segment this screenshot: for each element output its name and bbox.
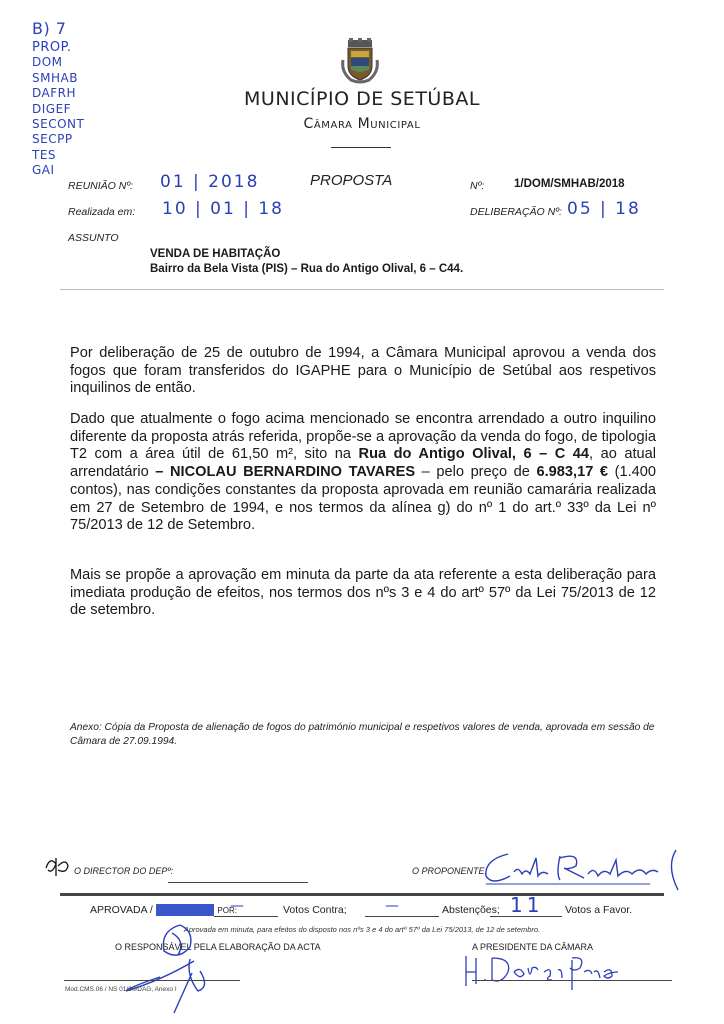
votes-for-value: 11 — [510, 893, 543, 917]
routing-entry: DOM — [32, 55, 84, 70]
sale-price: 6.983,17 € — [537, 464, 609, 480]
municipality-name: MUNICÍPIO DE SETÚBAL — [0, 88, 724, 110]
header-divider — [331, 147, 391, 148]
abstentions-label: Abstenções; — [442, 904, 500, 916]
meeting-value: 01 | 2018 — [160, 172, 259, 192]
votes-against-value: — — [230, 898, 244, 914]
document-type: PROPOSTA — [310, 172, 392, 189]
proponent-label: O PROPONENTE: — [412, 866, 487, 876]
routing-entry: PROP. — [32, 40, 84, 55]
meeting-label: REUNIÃO Nº: — [68, 180, 133, 192]
paragraph-3: Mais se propõe a aprovação em minuta da … — [70, 567, 656, 620]
minutes-officer-signature-icon — [120, 915, 230, 1015]
abstentions-value: — — [385, 898, 399, 914]
form-code: Mod.CMS.06 / NS 01/00/DAG, Anexo I — [65, 986, 177, 993]
president-signature-line — [472, 980, 672, 981]
proposal-number: 1/DOM/SMHAB/2018 — [514, 178, 625, 190]
director-signature-line — [168, 882, 308, 883]
held-on-value: 10 | 01 | 18 — [162, 199, 284, 219]
annex-note: Anexo: Cópia da Proposta de alienação de… — [70, 721, 670, 749]
p2-text-c: – pelo preço de — [415, 464, 536, 480]
routing-entry: TES — [32, 148, 84, 163]
tenant-name: – NICOLAU BERNARDINO TAVARES — [155, 464, 415, 480]
approval-divider — [60, 893, 664, 896]
subject-detail: Bairro da Bela Vista (PIS) – Rua do Anti… — [150, 263, 463, 275]
minute-approval-note: Aprovada em minuta, para efeitos do disp… — [0, 925, 724, 934]
deliberation-value: 05 | 18 — [567, 199, 641, 219]
subject-divider — [60, 289, 664, 290]
held-on-label: Realizada em: — [68, 206, 135, 218]
item-number: B) 7 — [32, 20, 84, 38]
routing-entry: GAI — [32, 163, 84, 178]
proponent-signature-icon — [480, 846, 690, 894]
votes-against-label: Votos Contra; — [283, 904, 347, 916]
abstentions-line — [365, 916, 439, 917]
routing-entry: SMHAB — [32, 71, 84, 86]
deliberation-label: DELIBERAÇÃO Nº: — [470, 206, 562, 218]
number-label: Nº: — [470, 180, 484, 192]
paragraph-1: Por deliberação de 25 de outubro de 1994… — [70, 345, 656, 398]
routing-entry: SECPP — [32, 132, 84, 147]
paragraph-2: Dado que atualmente o fogo acima mencion… — [70, 411, 656, 535]
votes-for-label: Votos a Favor. — [565, 904, 632, 916]
subject-title: VENDA DE HABITAÇÃO — [150, 248, 280, 260]
property-address: Rua do Antigo Olival, 6 – C 44 — [359, 446, 589, 462]
president-signature-icon — [462, 950, 622, 990]
subject-label: ASSUNTO — [68, 232, 119, 244]
coat-of-arms-icon — [339, 38, 381, 84]
minutes-officer-signature-line — [64, 980, 240, 981]
director-initials-signature-icon — [44, 854, 74, 880]
council-name: Câmara Municipal — [0, 116, 724, 132]
director-label: O DIRECTOR DO DEPº: — [74, 866, 173, 876]
